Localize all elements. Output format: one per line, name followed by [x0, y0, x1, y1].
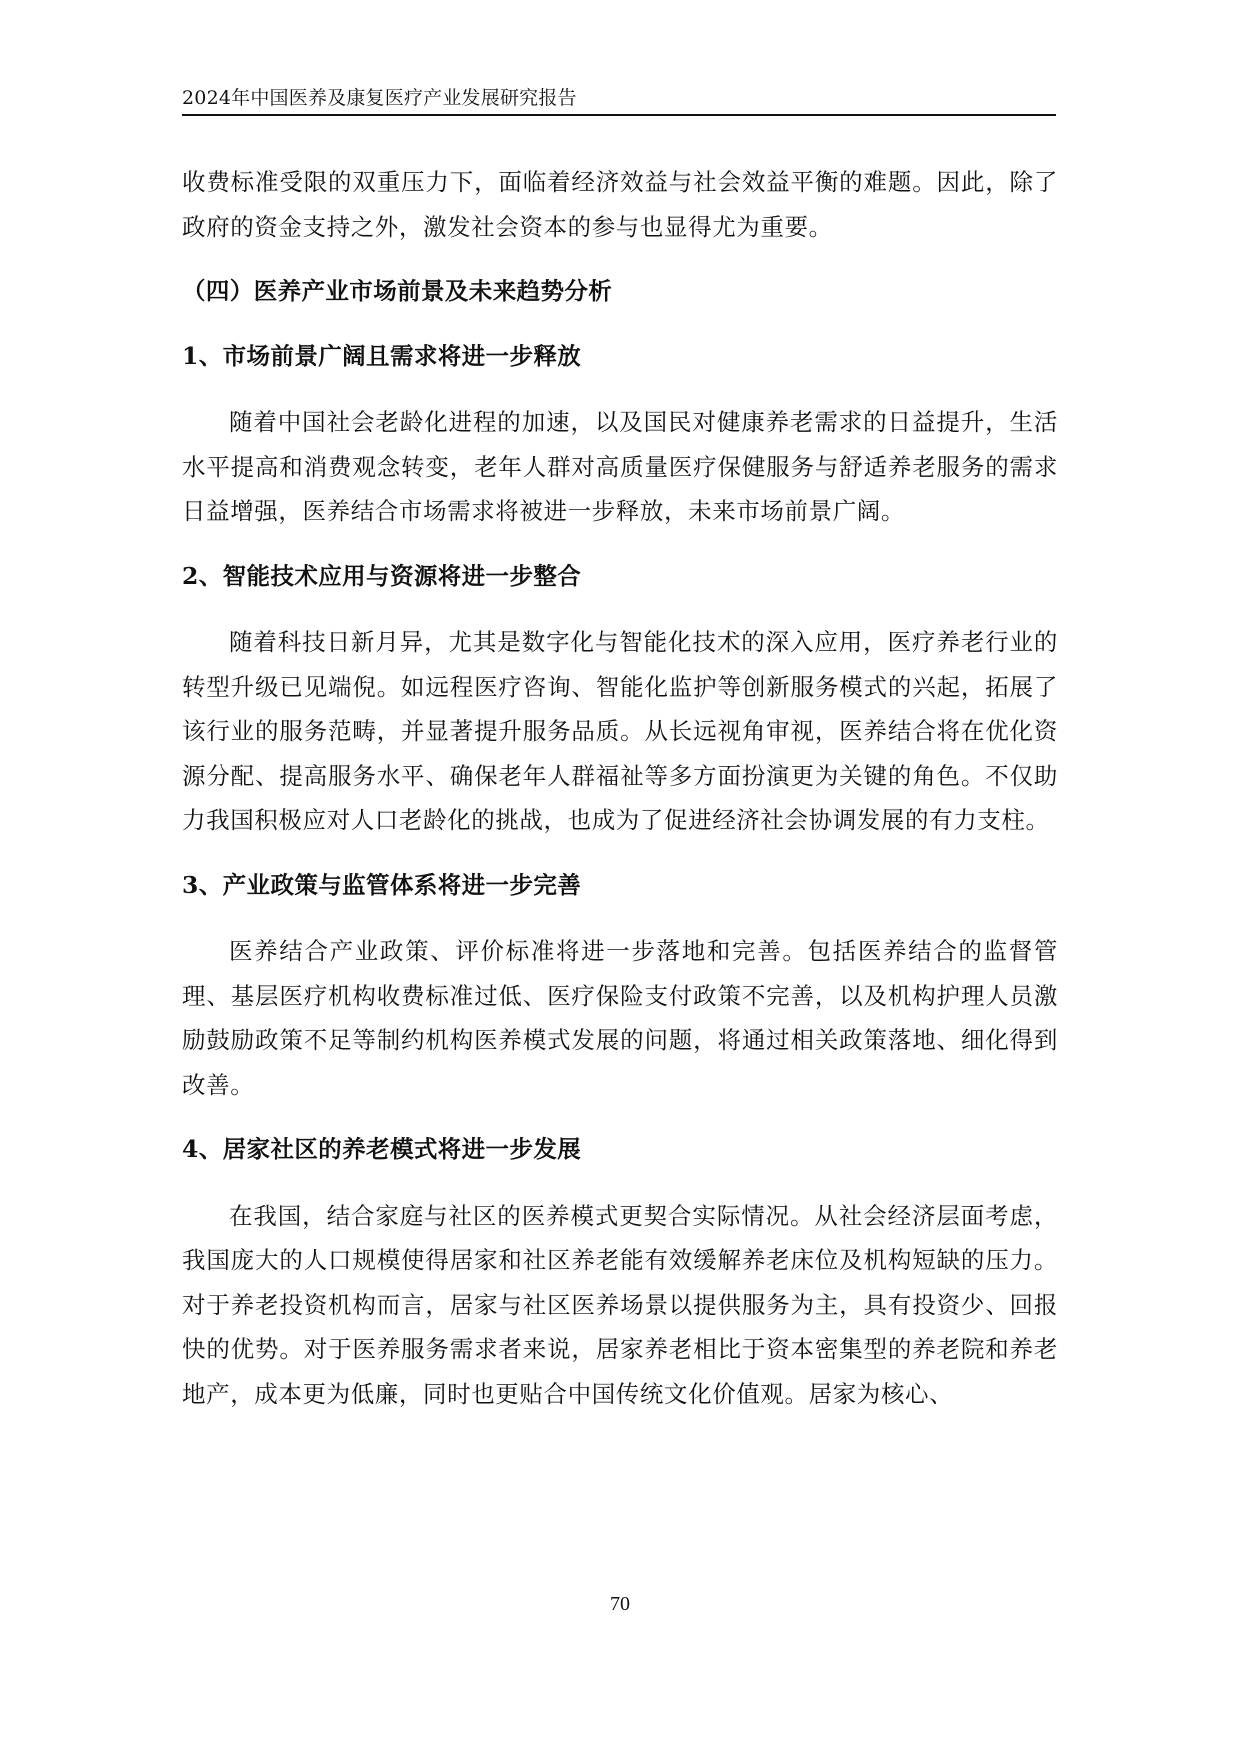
subsection-heading-2: 2、智能技术应用与资源将进一步整合 — [182, 554, 1058, 599]
page-number: 70 — [0, 1592, 1240, 1616]
page-content: 收费标准受限的双重压力下，面临着经济效益与社会效益平衡的难题。因此，除了政府的资… — [182, 160, 1058, 1416]
subsection-paragraph-4: 在我国，结合家庭与社区的医养模式更契合实际情况。从社会经济层面考虑，我国庞大的人… — [182, 1194, 1058, 1417]
subsection-paragraph-2: 随着科技日新月异，尤其是数字化与智能化技术的深入应用，医疗养老行业的转型升级已见… — [182, 620, 1058, 843]
subsection-heading-1: 1、市场前景广阔且需求将进一步释放 — [182, 334, 1058, 379]
subsection-heading-4: 4、居家社区的养老模式将进一步发展 — [182, 1127, 1058, 1172]
continued-paragraph: 收费标准受限的双重压力下，面临着经济效益与社会效益平衡的难题。因此，除了政府的资… — [182, 160, 1058, 249]
subsection-paragraph-3: 医养结合产业政策、评价标准将进一步落地和完善。包括医养结合的监督管理、基层医疗机… — [182, 929, 1058, 1107]
header-divider — [182, 114, 1056, 116]
running-header: 2024年中国医养及康复医疗产业发展研究报告 — [182, 86, 577, 110]
subsection-heading-3: 3、产业政策与监管体系将进一步完善 — [182, 863, 1058, 908]
document-page: 2024年中国医养及康复医疗产业发展研究报告 收费标准受限的双重压力下，面临着经… — [0, 0, 1240, 1754]
section-heading: （四）医养产业市场前景及未来趋势分析 — [182, 269, 1058, 314]
subsection-paragraph-1: 随着中国社会老龄化进程的加速，以及国民对健康养老需求的日益提升，生活水平提高和消… — [182, 400, 1058, 534]
